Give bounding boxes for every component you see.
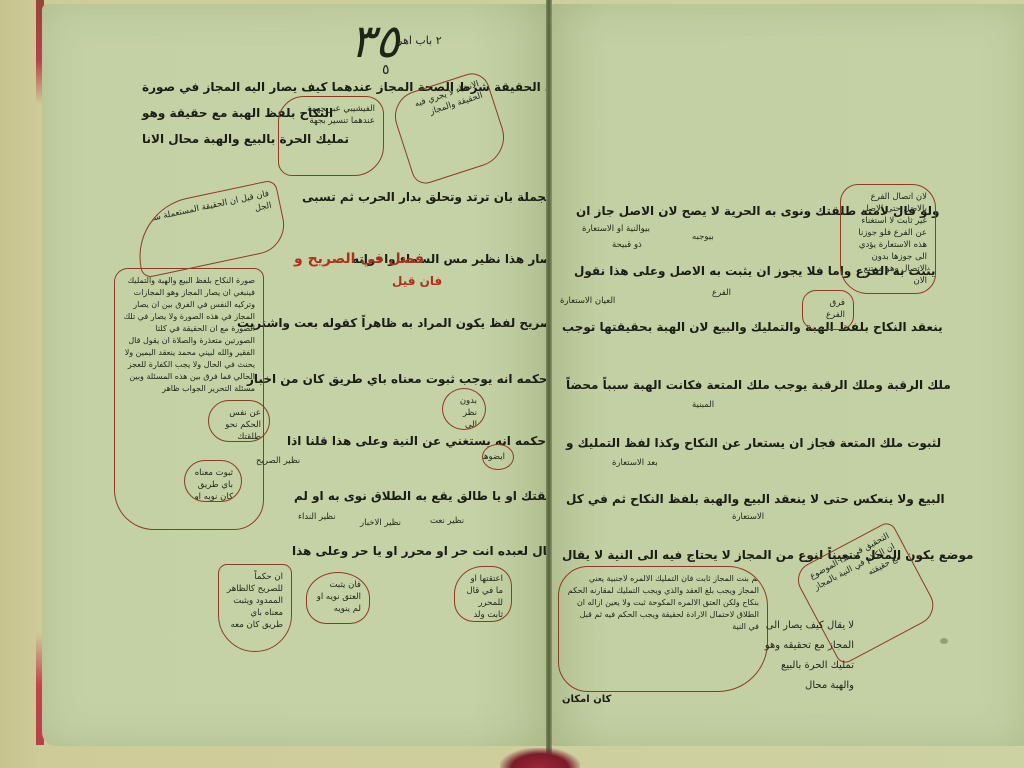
interlinear-note-3: نظير نعت xyxy=(430,516,464,526)
interlinear-note-2: نظير الاخبار xyxy=(360,518,401,528)
main-line-3: ينعقد النكاح بلفظ الهبة والتمليك والبيع … xyxy=(562,320,943,334)
main-line-1: كان امكان الحقيقة شرط الصحة المجاز عندهم… xyxy=(142,80,604,94)
rubric-section-heading: فصل في الصريح و xyxy=(294,251,424,267)
right-page: ٣٦ ولو قال لامته طلقتك ونوى به الحرية لا… xyxy=(552,4,1024,746)
marginal-gloss-upper-center: الفيشيبي عبريجهمة عندهما تنسير بجهة xyxy=(278,96,384,176)
folio-note: ٢ باب اهر xyxy=(397,34,442,47)
ink-stain xyxy=(940,638,948,644)
marginal-gloss-upper-right: لان اتصال الفرع بالاصل حتى الاصل غير ثاب… xyxy=(840,184,936,294)
marginal-gloss-bottom-center: فان يثبت العتق نويه او لم ينويه xyxy=(306,572,370,624)
interlinear-note-3: ذو قبيحة xyxy=(612,240,642,250)
interlinear-note-8: الاستعارة xyxy=(732,512,764,522)
lower-right-marginal-text: لا يقال كيف يصار الى المجاز مع تحقيقه وه… xyxy=(764,616,854,696)
folio-number-left: ٣٥ xyxy=(350,14,399,68)
interlinear-note-4: الفرع xyxy=(712,288,731,298)
interlinear-note-4: نظير الصريح xyxy=(256,456,300,466)
marginal-gloss-left-small-2: ثبوت معناه باي طريق كان نويه او لم ينويه xyxy=(184,460,242,502)
marginal-gloss-left-small-1: عن نفس الحكم نحو طلقتك وحررتك xyxy=(208,400,270,442)
rubric-fan-qila: فان قيل xyxy=(392,274,442,288)
main-line-4: ملك الرقبة وملك الرقبة يوجب ملك المتعة ف… xyxy=(566,378,951,392)
left-page: ٣٥ ٢ باب اهر ٥ كان امكان الحقيقة شرط الص… xyxy=(42,4,548,746)
circled-note-1: بدون نظر الى النية xyxy=(442,388,486,430)
interlinear-note-6: بعد الاستعارة xyxy=(612,458,658,468)
interlinear-note-7: المبنية xyxy=(692,400,714,410)
catchword-mark: ٥ xyxy=(382,62,390,78)
main-line-6: البيع ولا ينعكس حتى لا ينعقد البيع والهب… xyxy=(566,492,945,506)
marginal-gloss-bottom-left: ان حكماً للصريح كالظاهر الممدود ويثبت مع… xyxy=(218,564,292,652)
interlinear-note-2: بيوجبه xyxy=(692,232,714,242)
red-binding-bottom xyxy=(500,748,580,768)
interlinear-note-1: نظير النداء xyxy=(298,512,336,522)
marginal-gloss-lower-center: ثم بنت المجاز ثابت فان التمليك الالمره ل… xyxy=(558,566,768,692)
interlinear-note-5: بيوالنية او الاستعارة xyxy=(582,224,650,234)
marginal-gloss-left-wedge: فان قيل ان الحقيقة المستعملة شرط الجل xyxy=(128,179,289,279)
catchword: كان امكان xyxy=(562,694,611,705)
marginal-gloss-right-small: فرق الفرع xyxy=(802,290,854,330)
marginal-gloss-bottom-right: اعتقتها او ما في قال للمحرر ثابت ولد ليق… xyxy=(454,566,512,622)
interlinear-note-1: العيان الاستعارة xyxy=(560,296,615,306)
main-line-5: لثبوت ملك المتعة فجاز ان يستعار عن النكا… xyxy=(566,436,941,450)
circled-note-2: ايضوهن xyxy=(482,444,514,470)
